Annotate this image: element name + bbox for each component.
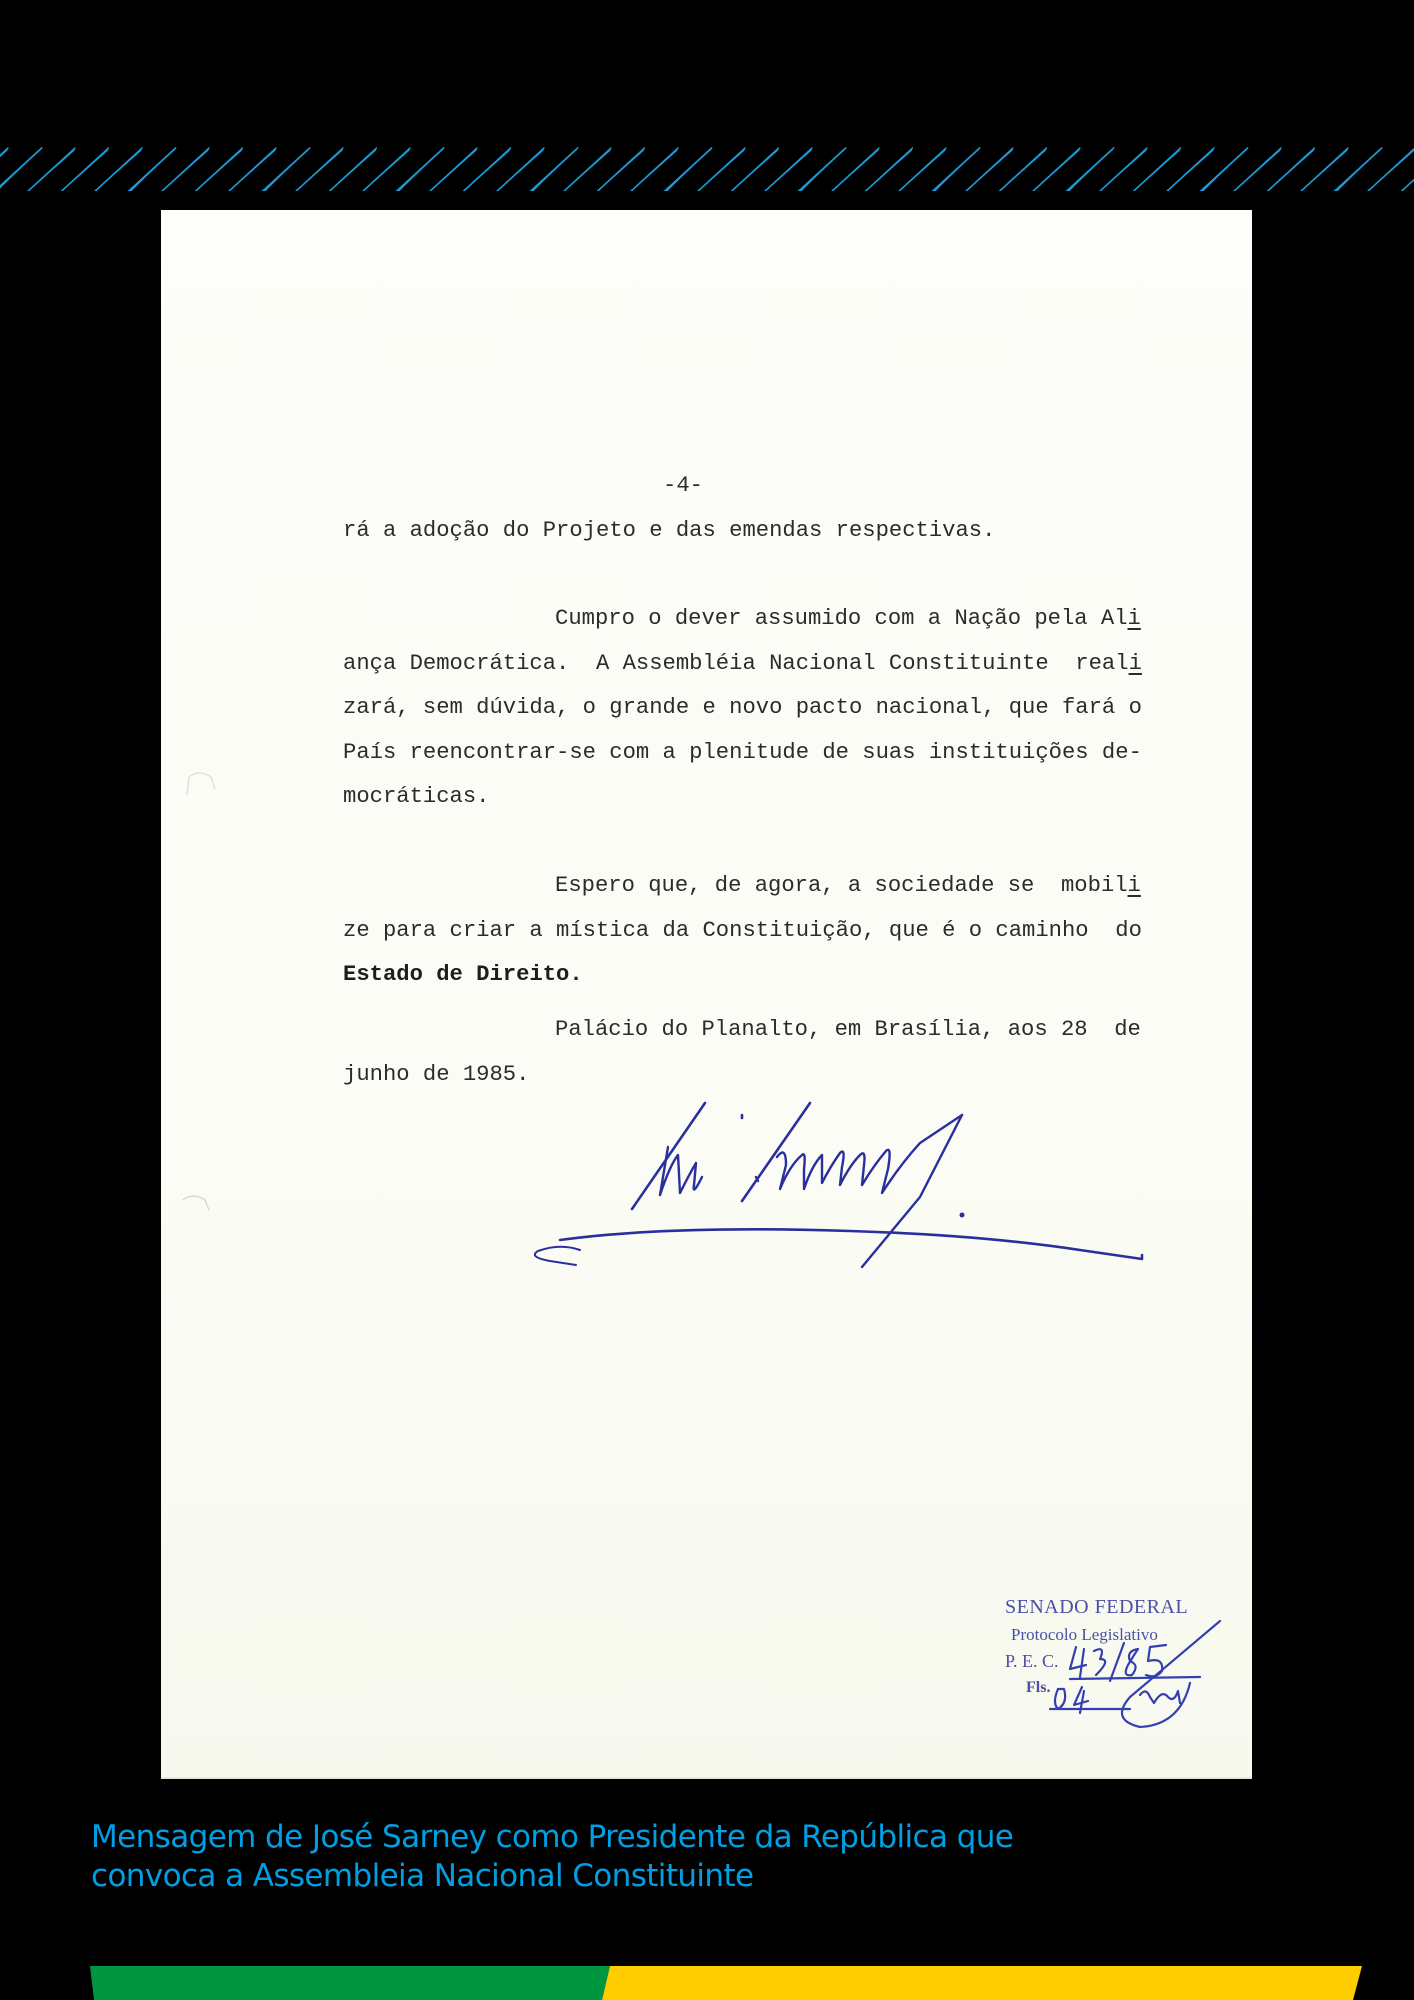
yellow-bar-segment [602, 1966, 1362, 2000]
flag-color-bar [0, 1966, 1414, 2000]
stamp-handwriting-icon [990, 1585, 1230, 1735]
text-line-5: País reencontrar-se com a plenitude de s… [343, 742, 1142, 764]
text-line-7: Espero que, de agora, a sociedade se mob… [555, 875, 1141, 897]
green-bar-segment [90, 1966, 610, 2000]
page-number: -4- [663, 475, 703, 497]
diagonal-stripe-band [0, 143, 1414, 195]
caption-line-2: convoca a Assembleia Nacional Constituin… [91, 1857, 1291, 1896]
text-line-6: mocráticas. [343, 786, 489, 808]
text-line-1: rá a adoção do Projeto e das emendas res… [343, 520, 995, 542]
scanned-document-page: -4- rá a adoção do Projeto e das emendas… [161, 210, 1252, 1779]
text-line-8: ze para criar a mística da Constituição,… [343, 920, 1142, 942]
caption-line-1: Mensagem de José Sarney como Presidente … [91, 1818, 1291, 1857]
caption: Mensagem de José Sarney como Presidente … [91, 1818, 1291, 1896]
margin-mark-icon [179, 1190, 219, 1220]
text-line-2: Cumpro o dever assumido com a Nação pela… [555, 608, 1141, 630]
text-line-9-bold: Estado de Direito. [343, 964, 583, 986]
margin-mark-icon [181, 765, 221, 805]
text-line-3: ança Democrática. A Assembléia Nacional … [343, 653, 1142, 675]
stripe [1367, 147, 1414, 191]
text-line-4: zará, sem dúvida, o grande e novo pacto … [343, 697, 1142, 719]
stripe [1401, 147, 1414, 191]
senado-protocol-stamp: SENADO FEDERAL Protocolo Legislativo P. … [990, 1585, 1230, 1735]
signature-icon [520, 1085, 1160, 1275]
text-line-10: Palácio do Planalto, em Brasília, aos 28… [555, 1019, 1141, 1041]
text-line-11: junho de 1985. [343, 1064, 529, 1086]
